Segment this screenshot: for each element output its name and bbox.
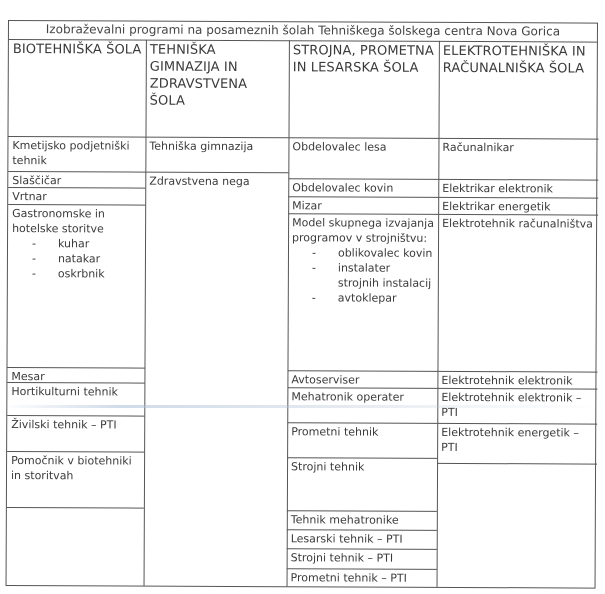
program-name: Tehniška gimnazija [149,139,284,155]
program-name: Hortikulturni tehnik [11,384,140,400]
program-cell: Kmetijsko podjetniški tehnik [8,137,145,170]
column-header-elektrotehniska: ELEKTROTEHNIŠKA IN RAČUNALNIŠKA ŠOLA [439,41,599,80]
program-cell: Živilski tehnik – PTI [7,416,144,434]
program-cell: Elektrotehnik elektronik [437,372,597,390]
program-cell: Računalnikar [438,139,598,157]
program-cell: Elektrotehnik računalništva [438,215,598,233]
row-divider [7,507,144,509]
program-subitem: natakar [32,251,141,266]
program-cell: Prometni tehnik – PTI [287,569,437,587]
program-name: Mizar [292,198,434,214]
program-name: Prometni tehnik – PTI [291,570,433,586]
program-cell: Elektrikar energetik [438,198,598,216]
program-name: Model skupnega izvajanja programov v str… [292,215,434,246]
program-sublist: kuharnatakaroskrbnik [12,236,141,282]
program-name: Računalnikar [442,140,594,156]
program-name: Obdelovalec kovin [292,180,434,196]
program-name: Prometni tehnik [291,424,433,440]
program-cell: Strojni tehnik [287,458,437,476]
program-name: Tehnik mehatronike [291,512,433,528]
program-name: Gastronomske in hotelske storitve [12,206,141,237]
program-cell: Elektrikar elektronik [438,180,598,198]
program-subitem: oblikovalec kovin [312,245,434,261]
row-divider [437,463,597,465]
program-name: Strojni tehnik – PTI [291,550,433,566]
program-cell: Model skupnega izvajanja programov v str… [288,214,438,307]
program-subitem: oskrbnik [32,266,141,281]
programs-table: Izobraževalni programi na posameznih šol… [6,20,598,589]
program-cell: Avtoserviser [287,371,437,389]
program-cell: Vrtnar [8,188,145,206]
program-cell: Prometni tehnik [287,423,437,441]
program-cell: Hortikulturni tehnik [7,383,144,401]
program-cell: Tehniška gimnazija [145,138,288,156]
program-cell: Obdelovalec kovin [288,179,438,197]
program-name: Obdelovalec lesa [292,139,434,155]
program-cell: Gastronomske in hotelske storitvekuharna… [8,205,145,283]
program-cell: Tehnik mehatronike [287,511,437,529]
program-cell: Strojni tehnik – PTI [287,549,437,567]
program-sublist: oblikovalec kovininstalater strojnih ins… [292,245,434,306]
program-cell: Mizar [288,197,438,215]
program-name: Elektrikar energetik [442,199,594,215]
column-header-biotehniska: BIOTEHNIŠKA ŠOLA [9,39,146,61]
program-name: Avtoserviser [291,372,433,388]
column-divider [437,41,440,587]
program-cell: Lesarski tehnik – PTI [287,530,437,548]
program-name: Elektrotehnik računalništva [442,216,594,232]
program-name: Elektrotehnik energetik – PTI [441,425,593,456]
program-name: Vrtnar [12,189,141,205]
program-name: Lesarski tehnik – PTI [291,531,433,547]
program-name: Zdravstvena nega [149,174,284,190]
column-divider [144,40,147,586]
program-name: Kmetijsko podjetniški tehnik [12,138,141,169]
program-name: Elektrotehnik elektronik [441,373,593,389]
program-cell: Elektrotehnik energetik – PTI [437,424,597,457]
scan-artifact [0,405,605,408]
program-cell: Zdravstvena nega [145,173,288,191]
program-subitem: instalater strojnih instalacij [312,260,434,291]
program-cell: Pomočnik v biotehniki in storitvah [7,452,144,485]
program-subitem: avtoklepar [312,290,434,306]
program-cell: Mehatronik operater [287,388,437,406]
program-name: Mehatronik operater [291,389,433,405]
column-divider [287,40,290,586]
program-name: Strojni tehnik [291,459,433,475]
program-subitem: kuhar [32,236,141,251]
column-header-tehniska-gimnazija: TEHNIŠKA GIMNAZIJA IN ZDRAVSTVENA ŠOLA [146,40,289,113]
program-cell: Obdelovalec lesa [288,138,438,156]
program-name: Pomočnik v biotehniki in storitvah [11,453,140,484]
program-name: Elektrikar elektronik [442,181,594,197]
program-name: Živilski tehnik – PTI [11,417,140,433]
column-header-strojna: STROJNA, PROMETNA IN LESARSKA ŠOLA [289,40,439,79]
